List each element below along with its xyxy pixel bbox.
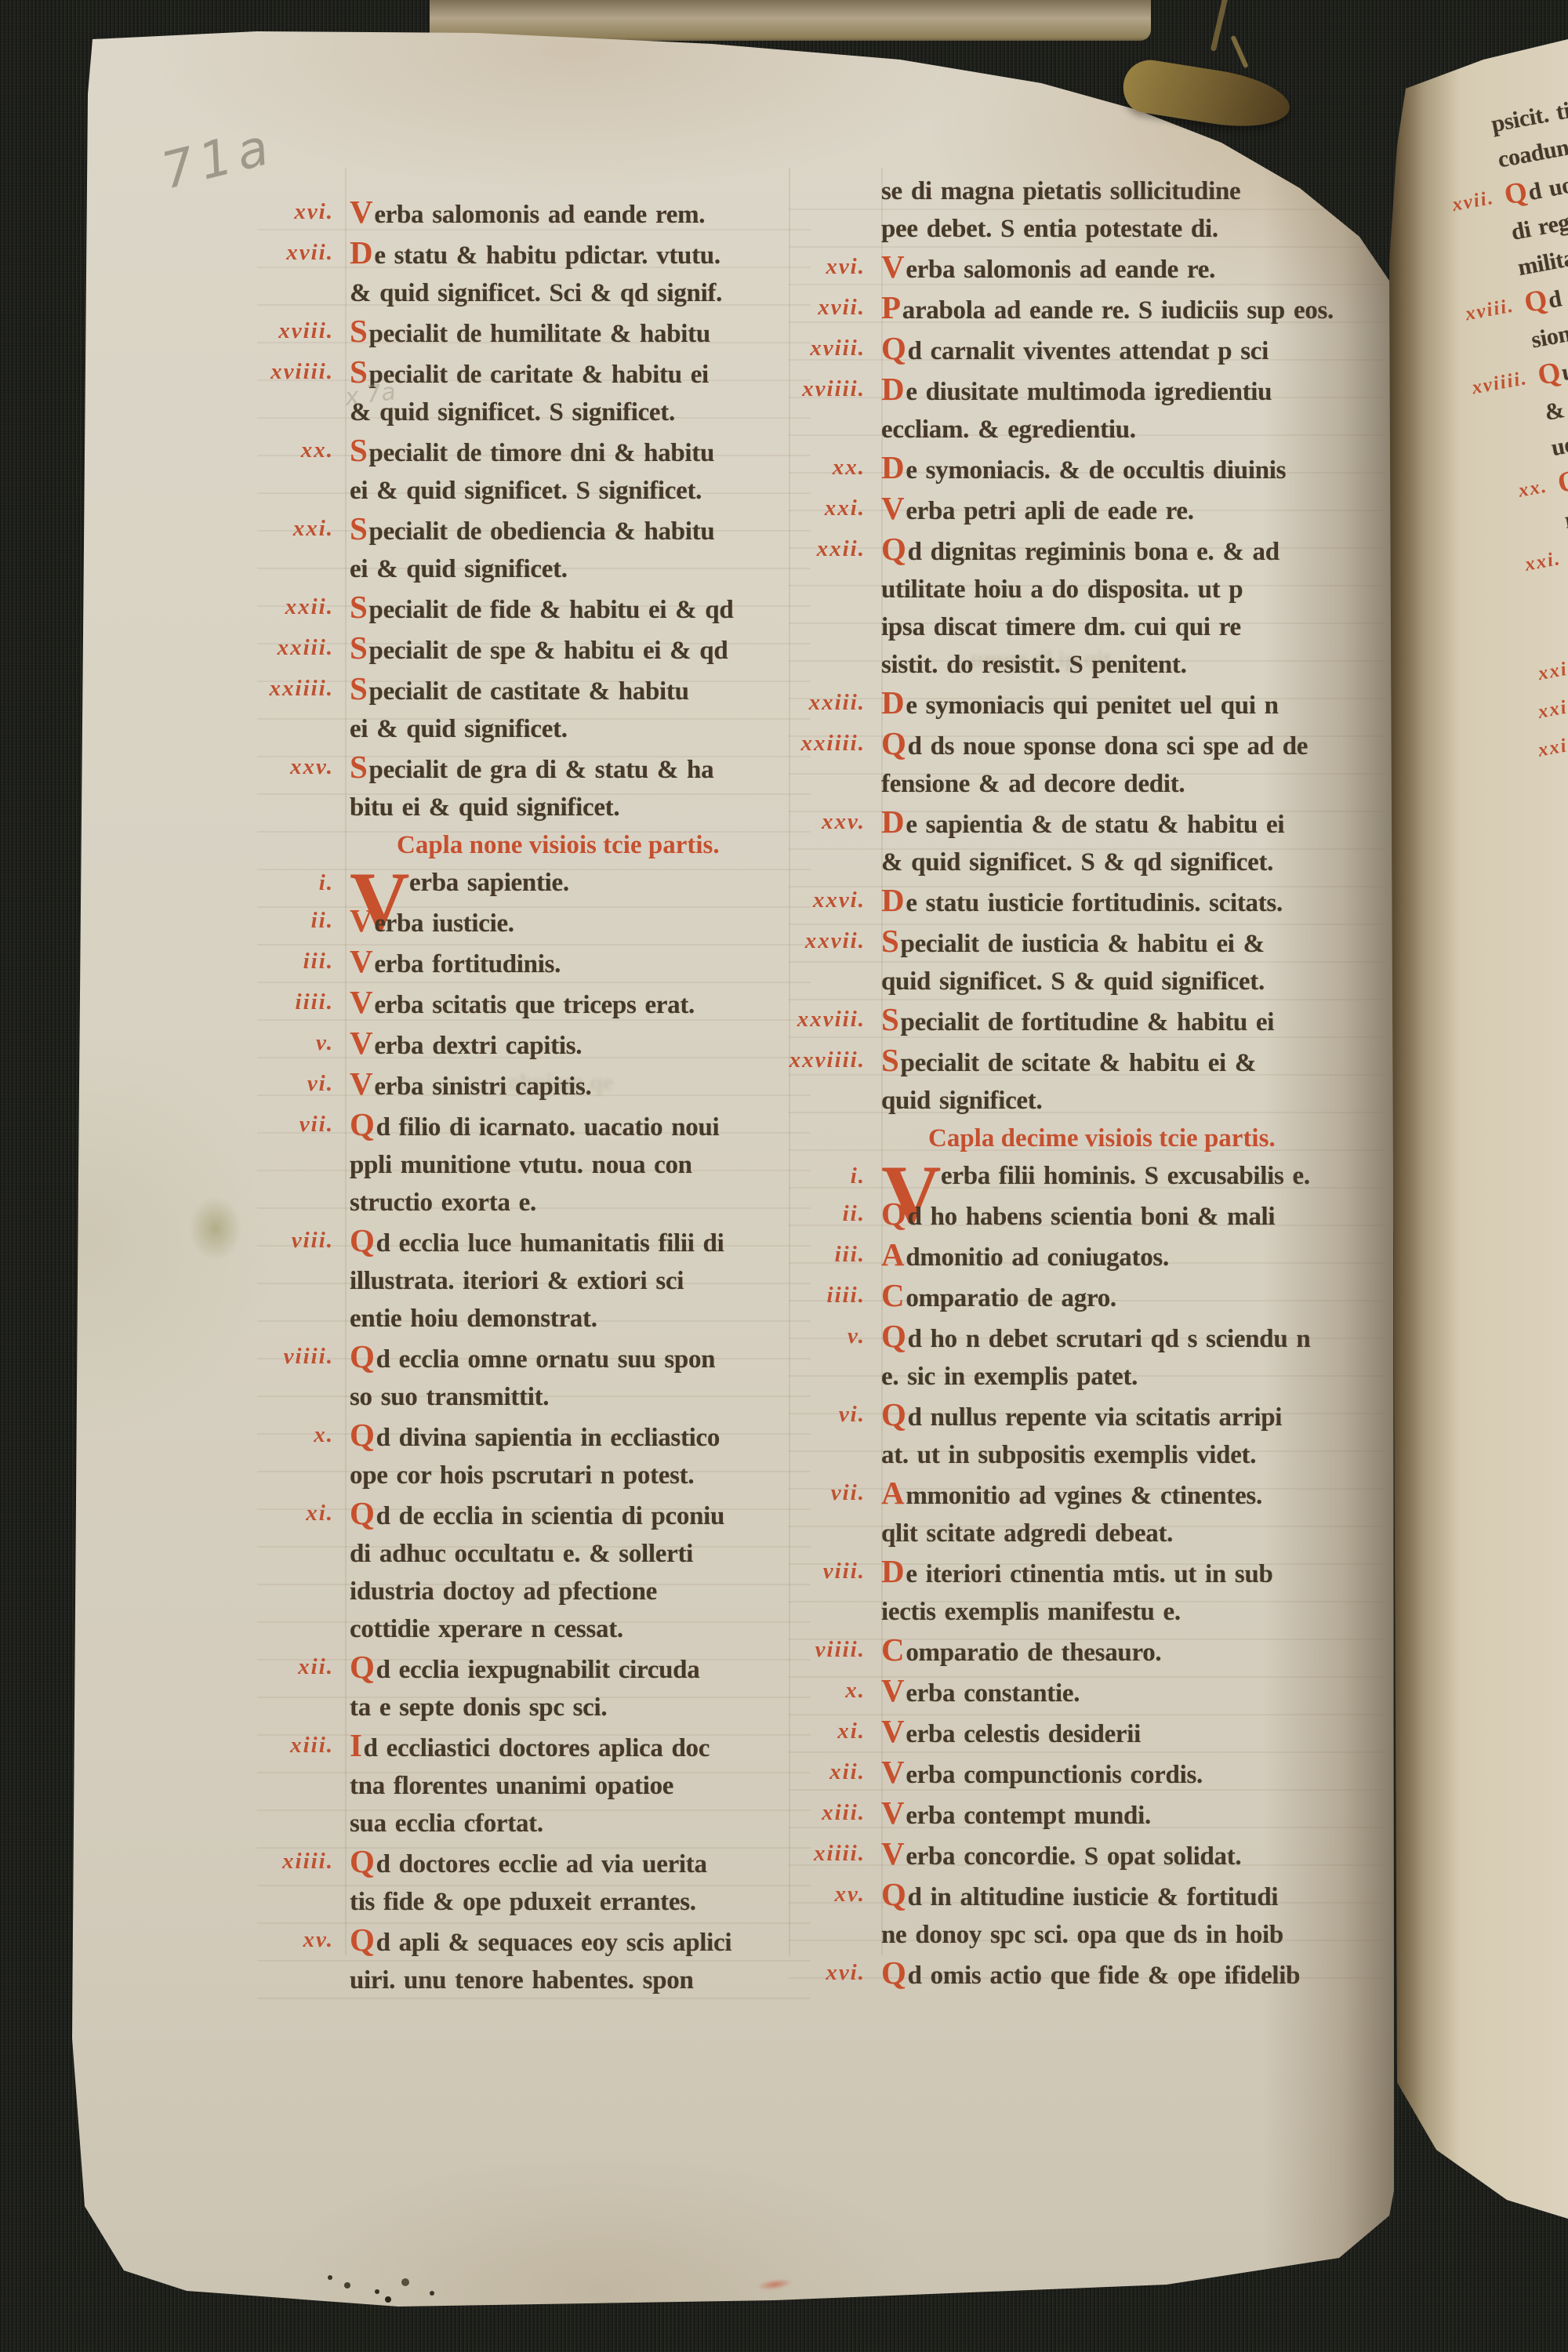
entry-first-line: Verba concordie. S opat solidat. (881, 1835, 1385, 1875)
entry-continuation-line: sistit. do resistit. S penitent. (881, 646, 1385, 684)
line-text: d ho habens scientia boni & mali (908, 1203, 1276, 1231)
entry-first-line: Qd divina sapientia in eccliastico (350, 1416, 811, 1457)
chapter-numeral: xxi. (257, 510, 350, 588)
line-text: pecialit de caritate & habitu ei (369, 361, 709, 389)
capitulum-entry: viii.De iteriori ctinentia mtis. ut in s… (789, 1552, 1385, 1631)
entry-first-line: De statu iusticie fortitudinis. scitats. (881, 881, 1385, 922)
line-text: erba compunctionis cordis. (906, 1761, 1203, 1789)
entry-continuation-line: so suo transmittit. (350, 1378, 811, 1416)
entry-first-line: Verba salomonis ad eande re. (881, 248, 1385, 289)
entry-first-line: Qd nullus repente via scitatis arripi (881, 1396, 1385, 1436)
entry-first-line: Verba celestis desiderii (881, 1712, 1385, 1753)
capitulum-entry: xvii.Parabola ad eande re. S iudiciis su… (789, 289, 1385, 329)
chapter-numeral: xxviii. (789, 1000, 881, 1041)
line-text: erba iusticie. (374, 909, 514, 938)
entry-text: Ammonitio ad vgines & ctinentes.qlit sci… (881, 1474, 1385, 1552)
capitulum-entry: ii.Verba iusticie. (257, 902, 811, 942)
red-initial: S (350, 432, 368, 468)
chapter-numeral: xvii. (789, 289, 881, 329)
rubric-line: Capla none visiois tcie partis. (257, 826, 811, 864)
entry-continuation-line: bitu ei & quid significet. (350, 789, 811, 826)
entry-first-line: Qd ds noue sponse dona sci spe ad de (881, 724, 1385, 765)
chapter-numeral: xviii. (789, 329, 881, 370)
red-initial: V (881, 1795, 904, 1831)
capitulum-entry: xx.Specialit de timore dni & habituei & … (257, 431, 811, 510)
folio-number-pencil: 71a (156, 118, 280, 201)
entry-first-line: Verba compunctionis cordis. (881, 1753, 1385, 1794)
entry-text: Qd carnalit viventes attendat p sci (881, 329, 1385, 370)
book-block-edge (430, 0, 1151, 41)
entry-first-line: De diusitate multimoda igredientiu (881, 370, 1385, 411)
chapter-numeral: xxiii. (789, 684, 881, 724)
rubric-row: Capla none visiois tcie partis. (257, 826, 811, 864)
entry-text: Verba sinistri capitis. (350, 1065, 811, 1105)
line-text: erba salomonis ad eande re. (906, 256, 1215, 284)
entry-continuation-line: structio exorta e. (350, 1184, 811, 1221)
entry-text: Verba compunctionis cordis. (881, 1753, 1385, 1794)
red-initial: C (881, 1277, 904, 1313)
entry-first-line: Qd filio di icarnato. uacatio noui (350, 1105, 811, 1146)
entry-first-line: Qd ecclia iexpugnabilit circuda (350, 1648, 811, 1689)
entry-text: Specialit de fortitudine & habitu ei (881, 1000, 1385, 1041)
line-text: d divina sapientia in eccliastico (376, 1424, 720, 1452)
red-initial: Q (350, 1843, 375, 1879)
red-initial: S (350, 749, 368, 785)
line-text: erba fortitudinis. (374, 950, 561, 978)
line-text: pecialit de spe & habitu ei & qd (369, 637, 728, 665)
line-text: pecialit de iusticia & habitu ei & (901, 930, 1265, 958)
red-initial: S (350, 510, 368, 546)
entry-continuation-line: ipsa discat timere dm. cui qui re (881, 608, 1385, 646)
entry-text: Specialit de iusticia & habitu ei &quid … (881, 922, 1385, 1000)
red-initial: D (881, 684, 904, 720)
entry-text: Comparatio de agro. (881, 1276, 1385, 1317)
capitulum-entry: iiii.Comparatio de agro. (789, 1276, 1385, 1317)
capitulum-entry: xiii.Verba contempt mundi. (789, 1794, 1385, 1835)
entry-continuation-line: ope cor hois pscrutari n potest. (350, 1457, 811, 1494)
entry-continuation-line: di adhuc occultatu e. & sollerti (350, 1535, 811, 1573)
line-text: mmonitio ad vgines & ctinentes. (906, 1482, 1262, 1510)
chapter-numeral: xv. (257, 1921, 350, 1999)
red-initial: V (881, 1754, 904, 1790)
red-initial: Q (881, 330, 906, 366)
entry-text: Specialit de caritate & habitu ei& quid … (350, 353, 811, 431)
capitulum-entry: v.Qd ho n debet scrutari qd s sciendu ne… (789, 1317, 1385, 1396)
entry-text: De diusitate multimoda igredientiuecclia… (881, 370, 1385, 448)
chapter-numeral: xviii. (1449, 286, 1535, 372)
entry-text: Verba dextri capitis. (350, 1024, 811, 1065)
chapter-numeral (1416, 107, 1501, 192)
entry-first-line: Ammonitio ad vgines & ctinentes. (881, 1474, 1385, 1515)
capitula-list-left-column: xvi.Verba salomonis ad eande rem.xvii.De… (257, 193, 811, 1999)
line-text: e symoniacis. & de occultis diuinis (906, 456, 1286, 485)
entry-text: Qd apli & sequaces eoy scis apliciuiri. … (350, 1921, 811, 1999)
entry-continuation-line: tis fide & ope pduxeit errantes. (350, 1883, 811, 1921)
red-initial: V (350, 943, 372, 979)
line-text: psicit. timor (1490, 90, 1568, 138)
line-text: se di magna pietatis sollicitudine (881, 177, 1240, 205)
line-text: omparatio de thesauro. (906, 1639, 1161, 1667)
chapter-numeral: xviii. (257, 312, 350, 353)
entry-text: Qd de ecclia in scientia di pconiudi adh… (350, 1494, 811, 1648)
entry-first-line: Specialit de fortitudine & habitu ei (881, 1000, 1385, 1041)
line-text: e statu iusticie fortitudinis. scitats. (906, 889, 1283, 917)
red-initial: Q (350, 1495, 375, 1531)
manuscript-recto-page-edge: psicit. timorcoadunatur.xvii.Qd uolente … (1389, 28, 1568, 2258)
capitulum-entry: viiii.Qd ecclia omne ornatu suu sponso s… (257, 1338, 811, 1416)
capitulum-entry: xvi.Verba salomonis ad eande rem. (257, 193, 811, 234)
entry-first-line: Verba scitatis que triceps erat. (350, 983, 811, 1024)
chapter-numeral: viiii. (789, 1631, 881, 1671)
red-initial: Q (881, 1876, 906, 1912)
capitulum-entry: xii.Verba compunctionis cordis. (789, 1753, 1385, 1794)
entry-text: Verba sapientie. (350, 864, 811, 902)
entry-first-line: psicit. timor (1488, 60, 1568, 143)
line-text: pecialit de timore dni & habitu (369, 439, 715, 467)
entry-text: Qd ecclia luce humanitatis filii diillus… (350, 1221, 811, 1338)
capitulum-entry: v.Verba dextri capitis. (257, 1024, 811, 1065)
entry-first-line: Verba dextri capitis. (350, 1024, 811, 1065)
capitulum-entry: xvii.De statu & habitu pdictar. vtutu.& … (257, 234, 811, 312)
entry-first-line: Verba contempt mundi. (881, 1794, 1385, 1835)
entry-text: psicit. timorcoadunatur. (1488, 60, 1568, 179)
entry-text: Specialit de gra di & statu & habitu ei … (350, 748, 811, 826)
chapter-numeral: v. (789, 1317, 881, 1396)
capitulum-entry: xvi.Qd omis actio que fide & ope ifideli… (789, 1954, 1385, 1994)
entry-text: De statu iusticie fortitudinis. scitats. (881, 881, 1385, 922)
entry-text: Qd dignitas regiminis bona e. & adutilit… (881, 530, 1385, 684)
entry-first-line: De statu & habitu pdictar. vtutu. (350, 234, 811, 274)
line-text: erba contempt mundi. (906, 1802, 1151, 1830)
red-initial: S (881, 1042, 899, 1078)
entry-text: Qd ho n debet scrutari qd s sciendu ne. … (881, 1317, 1385, 1396)
entry-first-line: Verba filii hominis. S excusabilis e. (881, 1157, 1385, 1195)
chapter-numeral: xx. (257, 431, 350, 510)
chapter-numeral: xxv. (789, 803, 881, 881)
chapter-numeral: v. (257, 1024, 350, 1065)
entry-continuation-line: idustria doctoy ad pfectione (350, 1573, 811, 1610)
red-initial: D (881, 1553, 904, 1589)
red-initial: V (350, 1025, 372, 1061)
large-red-initial: V (881, 1157, 939, 1192)
red-initial: V (350, 902, 372, 938)
entry-text: Verba salomonis ad eande re. (881, 248, 1385, 289)
red-initial: D (881, 804, 904, 840)
entry-continuation-line: & quid significet. Sci & qd signif. (350, 274, 811, 312)
entry-continuation-line: illustrata. iteriori & extiori sci (350, 1262, 811, 1300)
entry-text: Verba celestis desiderii (881, 1712, 1385, 1753)
chapter-numeral: xiii. (257, 1726, 350, 1842)
capitulum-entry: xxvi.De statu iusticie fortitudinis. sci… (789, 881, 1385, 922)
red-initial: S (350, 589, 368, 625)
recto-gutter-shadow (1389, 28, 1460, 2258)
chapter-numeral: xxvi. (789, 881, 881, 922)
chapter-numeral: x. (257, 1416, 350, 1494)
entry-first-line: De symoniacis. & de occultis diuinis (881, 448, 1385, 489)
red-initial: V (881, 1672, 904, 1708)
entry-first-line: Specialit de obediencia & habitu (350, 510, 811, 550)
chapter-numeral: xxii. (789, 530, 881, 684)
red-initial: V (350, 984, 372, 1020)
entry-continuation-line: ei & quid significet. S significet. (350, 472, 811, 510)
line-text: pecialit de fide & habitu ei & qd (369, 596, 734, 624)
capitulum-entry: xxv.De sapientia & de statu & habitu ei&… (789, 803, 1385, 881)
photo-backdrop: umqe dl ip qit obuiam qe 71a x 7a xvi.Ve… (0, 0, 1568, 2352)
line-text: d apli & sequaces eoy scis aplici (376, 1929, 732, 1957)
entry-first-line: Qd ho habens scientia boni & mali (881, 1195, 1385, 1236)
line-text: erba celestis desiderii (906, 1720, 1141, 1748)
entry-text: Verba filii hominis. S excusabilis e. (881, 1157, 1385, 1195)
red-initial: V (881, 1835, 904, 1871)
chapter-numeral: xii. (789, 1753, 881, 1794)
entry-first-line: Qd carnalit viventes attendat p sci (881, 329, 1385, 370)
chapter-numeral: xxiiii. (257, 670, 350, 748)
entry-text: Qd filio di icarnato. uacatio nouippli m… (350, 1105, 811, 1221)
chapter-numeral: xvi. (257, 193, 350, 234)
red-initial: Q (881, 1318, 906, 1354)
entry-continuation-line: ei & quid significet. (350, 710, 811, 748)
entry-first-line: Verba fortitudinis. (350, 942, 811, 983)
entry-first-line: se di magna pietatis sollicitudine (881, 172, 1385, 210)
capitulum-entry: xxiii.Specialit de spe & habitu ei & qd (257, 629, 811, 670)
chapter-numeral: xxi. (1496, 539, 1568, 660)
capitulum-entry: vi.Qd nullus repente via scitatis arripi… (789, 1396, 1385, 1474)
entry-continuation-line: sua ecclia cfortat. (350, 1805, 811, 1842)
entry-text: De sapientia & de statu & habitu ei& qui… (881, 803, 1385, 881)
entry-continuation-line: cottidie xperare n cessat. (350, 1610, 811, 1648)
entry-text: Verba iusticie. (350, 902, 811, 942)
chapter-numeral: xx. (1483, 466, 1568, 553)
red-initial: Q (350, 1338, 375, 1374)
chapter-numeral (789, 172, 881, 248)
capitulum-entry: xxi.Verba petri apli de eade re. (789, 489, 1385, 530)
chapter-numeral: xxi. (789, 489, 881, 530)
line-text: d carnalit viventes attendat p sci (908, 337, 1269, 365)
entry-first-line: Specialit de fide & habitu ei & qd (350, 588, 811, 629)
line-text: d filio di icarnato. uacatio noui (376, 1113, 720, 1142)
chapter-numeral: xxiii. (257, 629, 350, 670)
entry-continuation-line: e. sic in exemplis patet. (881, 1358, 1385, 1396)
capitulum-entry: ii.Qd ho habens scientia boni & mali (789, 1195, 1385, 1236)
entry-first-line: Qd doctores ecclie ad via uerita (350, 1842, 811, 1883)
entry-first-line: Specialit de humilitate & habitu (350, 312, 811, 353)
capitulum-entry: xxii.Specialit de fide & habitu ei & qd (257, 588, 811, 629)
red-initial: Q (350, 1222, 375, 1258)
entry-text: De statu & habitu pdictar. vtutu.& quid … (350, 234, 811, 312)
capitulum-entry: vii.Qd filio di icarnato. uacatio nouipp… (257, 1105, 811, 1221)
red-initial: Q (881, 1955, 906, 1991)
entry-first-line: Comparatio de thesauro. (881, 1631, 1385, 1671)
red-initial: Q (881, 1196, 906, 1232)
red-initial: Q (881, 531, 906, 567)
entry-continuation-line: utilitate hoiu a do disposita. ut p (881, 571, 1385, 608)
entry-first-line: Parabola ad eande re. S iudiciis sup eos… (881, 289, 1385, 329)
entry-text: Qd ecclia omne ornatu suu sponso suo tra… (350, 1338, 811, 1416)
capitulum-entry: xx.De symoniacis. & de occultis diuinis (789, 448, 1385, 489)
large-red-initial: V (350, 864, 408, 898)
entry-text: Verba scitatis que triceps erat. (350, 983, 811, 1024)
line-text: pecialit de obediencia & habitu (369, 517, 715, 546)
chapter-numeral: vii. (257, 1105, 350, 1221)
capitulum-entry: xviii.Specialit de humilitate & habitu (257, 312, 811, 353)
line-text: pecialit de humilitate & habitu (369, 320, 710, 348)
chapter-numeral: iiii. (789, 1276, 881, 1317)
chapter-numeral: xx. (789, 448, 881, 489)
chapter-numeral: xviiii. (257, 353, 350, 431)
entry-text: Comparatio de thesauro. (881, 1631, 1385, 1671)
red-initial: Q (881, 1396, 906, 1432)
red-initial: Q (350, 1417, 375, 1453)
line-text: d ecclia iexpugnabilit circuda (376, 1656, 700, 1684)
entry-first-line: Specialit de castitate & habitu (350, 670, 811, 710)
chapter-numeral: vi. (257, 1065, 350, 1105)
chapter-numeral: xxv. (1543, 793, 1568, 880)
entry-first-line: De symoniacis qui penitet uel qui n (881, 684, 1385, 724)
line-text: d dignitas regiminis bona e. & ad (908, 538, 1279, 566)
capitulum-entry: xxi.Specialit de obediencia & habituei &… (257, 510, 811, 588)
line-text: erba salomonis ad eande rem. (374, 201, 705, 229)
entry-text: De symoniacis qui penitet uel qui n (881, 684, 1385, 724)
chapter-numeral: i. (789, 1157, 881, 1195)
capitulum-entry: xxii.Qd dignitas regiminis bona e. & adu… (789, 530, 1385, 684)
entry-first-line: Qd dignitas regiminis bona e. & ad (881, 530, 1385, 571)
chapter-numeral: xviiii. (789, 370, 881, 448)
capitulum-entry: xi.Verba celestis desiderii (789, 1712, 1385, 1753)
entry-text: Specialit de spe & habitu ei & qd (350, 629, 811, 670)
capitulum-entry: xxviii.Specialit de fortitudine & habitu… (789, 1000, 1385, 1041)
entry-first-line: Verba petri apli de eade re. (881, 489, 1385, 530)
capitulum-entry: xv.Qd in altitudine iusticie & fortitudi… (789, 1875, 1385, 1954)
capitulum-entry: xxiii.De symoniacis qui penitet uel qui … (789, 684, 1385, 724)
line-text: erba concordie. S opat solidat. (906, 1842, 1241, 1871)
entry-first-line: Id eccliastici doctores aplica doc (350, 1726, 811, 1767)
chapter-numeral: vi. (789, 1396, 881, 1474)
entry-text: Verba salomonis ad eande rem. (350, 193, 811, 234)
chapter-numeral: vii. (789, 1474, 881, 1552)
red-initial: D (881, 882, 904, 918)
chapter-numeral: xxviiii. (789, 1041, 881, 1120)
line-text: dmonitio ad coniugatos. (906, 1243, 1169, 1272)
chapter-numeral: iii. (257, 942, 350, 983)
entry-text: Parabola ad eande re. S iudiciis sup eos… (881, 289, 1385, 329)
red-initial: V (350, 1065, 372, 1102)
chapter-numeral: ii. (257, 902, 350, 942)
entry-continuation-line: at. ut in subpositis exemplis videt. (881, 1436, 1385, 1474)
entry-text: Qd doctores ecclie ad via ueritatis fide… (350, 1842, 811, 1921)
chapter-numeral: xxiiii. (1530, 721, 1568, 808)
capitulum-entry: iii.Admonitio ad coniugatos. (789, 1236, 1385, 1276)
entry-first-line: De iteriori ctinentia mtis. ut in sub (881, 1552, 1385, 1593)
entry-text: Specialit de timore dni & habituei & qui… (350, 431, 811, 510)
red-initial: A (881, 1475, 904, 1511)
entry-first-line: Verba iusticie. (350, 902, 811, 942)
chapter-numeral: iiii. (257, 983, 350, 1024)
entry-text: Qd ho habens scientia boni & mali (881, 1195, 1385, 1236)
capitulum-entry: xxvii.Specialit de iusticia & habitu ei … (789, 922, 1385, 1000)
capitulum-entry: iiii.Verba scitatis que triceps erat. (257, 983, 811, 1024)
entry-first-line: Qd in altitudine iusticie & fortitudi (881, 1875, 1385, 1916)
entry-first-line: Verba constantie. (881, 1671, 1385, 1712)
red-initial: P (881, 289, 901, 325)
entry-text: Admonitio ad coniugatos. (881, 1236, 1385, 1276)
chapter-numeral: xxvii. (789, 922, 881, 1000)
capitulum-entry: xviii.Qd carnalit viventes attendat p sc… (789, 329, 1385, 370)
entry-first-line: Specialit de caritate & habitu ei (350, 353, 811, 394)
entry-continuation-line: & quid significet. S & qd significet. (881, 844, 1385, 881)
entry-continuation-line: ta e septe donis spc sci. (350, 1689, 811, 1726)
entry-text: Qd omis actio que fide & ope ifidelib (881, 1954, 1385, 1994)
line-text: d ecclia omne ornatu suu spon (376, 1345, 716, 1374)
chapter-numeral: xvi. (789, 1954, 881, 1994)
capitulum-entry: xviiii.De diusitate multimoda igredienti… (789, 370, 1385, 448)
entry-continuation-line: quid significet. (881, 1082, 1385, 1120)
chapter-numeral: viii. (789, 1552, 881, 1631)
entry-continuation-line: eccliam. & egredientiu. (881, 411, 1385, 448)
line-text: d ds noue sponse dona sci spe ad de (908, 732, 1308, 760)
line-text: e symoniacis qui penitet uel qui n (906, 691, 1278, 720)
entry-first-line: Verba salomonis ad eande rem. (350, 193, 811, 234)
red-initial: S (881, 1001, 899, 1037)
entry-continuation-line: ne donoy spc sci. opa que ds in hoib (881, 1916, 1385, 1954)
entry-text: Verba petri apli de eade re. (881, 489, 1385, 530)
red-initial: S (350, 630, 368, 666)
capitulum-entry: xiiii.Verba concordie. S opat solidat. (789, 1835, 1385, 1875)
capitulum-entry: vii.Ammonitio ad vgines & ctinentes.qlit… (789, 1474, 1385, 1552)
chapter-numeral: xvi. (789, 248, 881, 289)
chapter-numeral: xxii. (257, 588, 350, 629)
entry-text: Verba constantie. (881, 1671, 1385, 1712)
entry-continuation-line: entie hoiu demonstrat. (350, 1300, 811, 1338)
red-initial: V (350, 194, 372, 230)
entry-first-line: Specialit de spe & habitu ei & qd (350, 629, 811, 670)
entry-first-line: Comparatio de agro. (881, 1276, 1385, 1317)
line-text: e statu & habitu pdictar. vtutu. (374, 241, 720, 270)
chapter-numeral: xxiiii. (789, 724, 881, 803)
capitulum-entry: xxv.Specialit de gra di & statu & habitu… (257, 748, 811, 826)
capitulum-entry: i.Verba sapientie. (257, 864, 811, 902)
red-initial: Q (350, 1106, 375, 1142)
entry-first-line: Qd ecclia omne ornatu suu spon (350, 1338, 811, 1378)
capitulum-entry: iii.Verba fortitudinis. (257, 942, 811, 983)
red-initial: Q (350, 1922, 375, 1958)
chapter-numeral: ii. (789, 1195, 881, 1236)
line-text: erba sinistri capitis. (374, 1073, 591, 1101)
red-initial: D (881, 371, 904, 407)
line-text: d ecclia luce humanitatis filii di (376, 1229, 724, 1258)
entry-first-line: Qd ecclia luce humanitatis filii di (350, 1221, 811, 1262)
line-text: d omis actio que fide & ope ifidelib (908, 1962, 1301, 1990)
entry-text: Verba contempt mundi. (881, 1794, 1385, 1835)
entry-text: Qd ecclia iexpugnabilit circudata e sept… (350, 1648, 811, 1726)
line-text: erba scitatis que triceps erat. (374, 991, 695, 1019)
line-text: erba dextri capitis. (374, 1032, 582, 1060)
entry-text: Qd nullus repente via scitatis arripiat.… (881, 1396, 1385, 1474)
capitulum-entry: xv.Qd apli & sequaces eoy scis apliciuir… (257, 1921, 811, 1999)
red-initial: Q (881, 725, 906, 761)
chapter-numeral: xiiii. (257, 1842, 350, 1921)
line-text: pecialit de gra di & statu & ha (369, 756, 714, 784)
edge-damage-specks (328, 2275, 332, 2280)
red-pigment-smudge (752, 2275, 797, 2294)
line-text: d de ecclia in scientia di pconiu (376, 1502, 724, 1530)
rubric-row: Capla decime visiois tcie partis. (789, 1120, 1385, 1157)
chapter-numeral: xiiii. (789, 1835, 881, 1875)
entry-continuation-line: uiri. unu tenore habentes. spon (350, 1962, 811, 1999)
binding-thread (1210, 0, 1229, 52)
entry-continuation-line: fensione & ad decore dedit. (881, 765, 1385, 803)
line-text: erba petri apli de eade re. (906, 497, 1193, 525)
red-initial: A (881, 1236, 904, 1272)
